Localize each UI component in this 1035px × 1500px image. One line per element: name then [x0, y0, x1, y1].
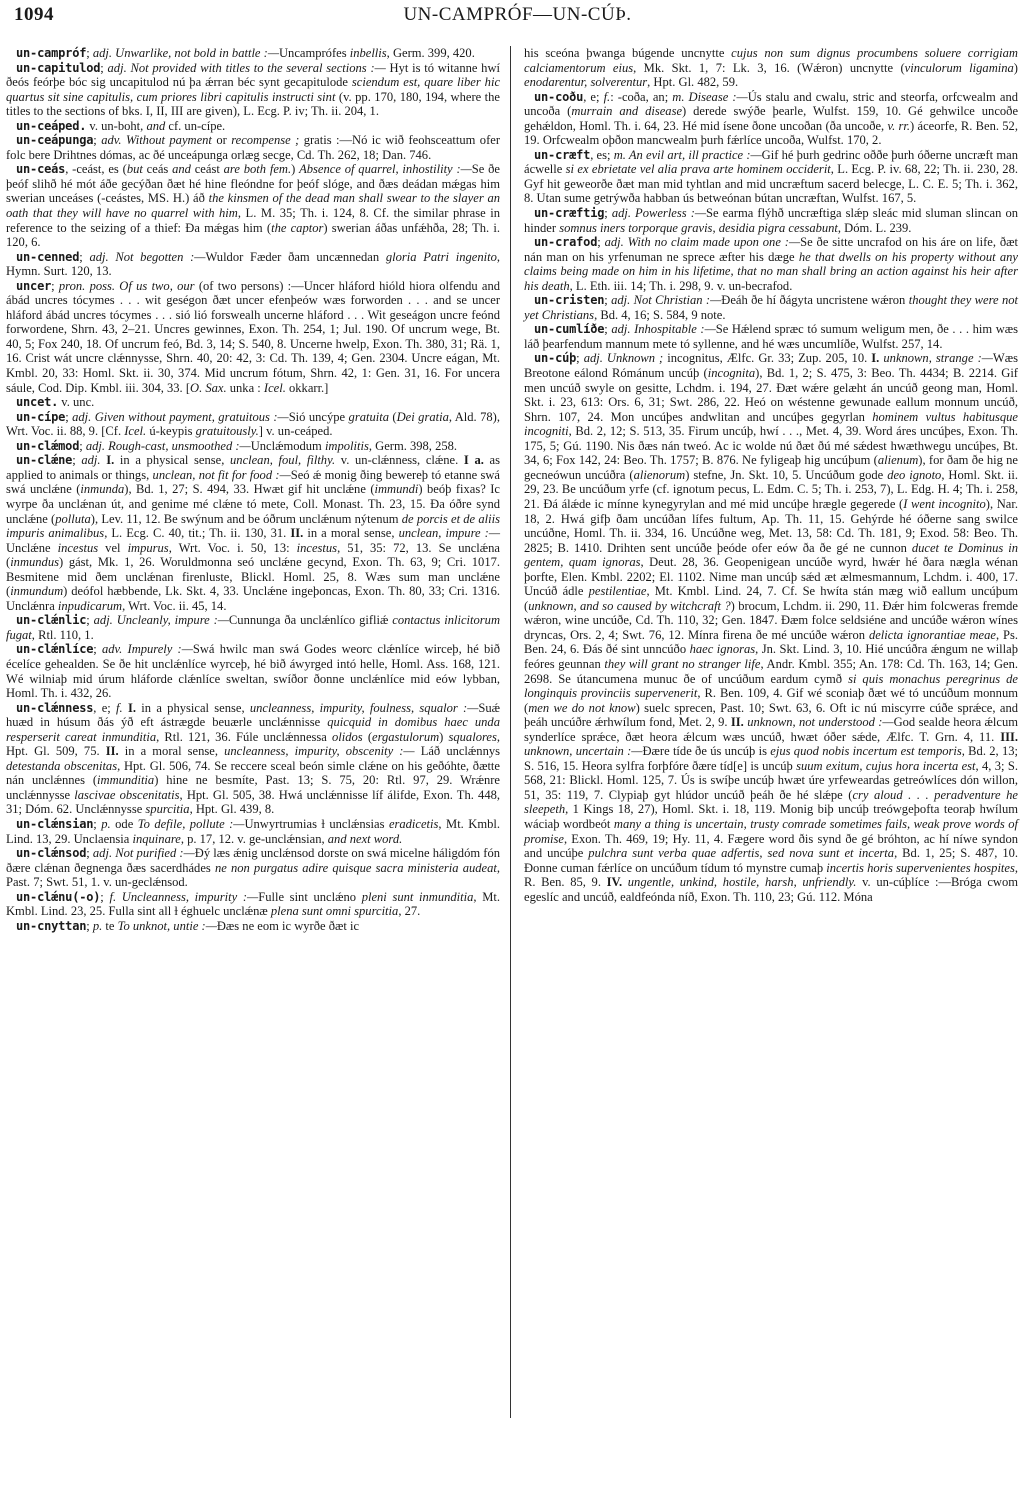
headword: uncet.	[16, 395, 58, 409]
italic-text: unclean, foul, filthy.	[230, 453, 335, 467]
italic-text: f. Uncleanness, impurity :—	[109, 890, 258, 904]
italic-text: incestus	[58, 541, 98, 555]
italic-text: unclean, not fit for food :—	[153, 468, 291, 482]
italic-text: ne non purgatus adire quisque sacra mini…	[215, 861, 497, 875]
dictionary-entry: un-cípe; adj. Given without payment, gra…	[6, 410, 500, 439]
italic-text: To defile, pollute :—	[138, 817, 245, 831]
italic-text: gratuita	[349, 410, 389, 424]
italic-text: gloria Patri ingenito	[386, 250, 497, 264]
entry-text: , L. Eth. iii. 14; Th. i. 298, 9. v. un-…	[570, 279, 793, 293]
entry-text: ;	[79, 439, 86, 453]
italic-text: adv. Impurely :—	[102, 642, 193, 656]
entry-text: )	[439, 730, 448, 744]
headword: un-cúþ	[534, 351, 576, 365]
entry-text: in a physical sense,	[136, 701, 250, 715]
italic-text: immunditia	[97, 773, 154, 787]
entry-text: ;	[93, 642, 102, 656]
italic-text: eradicetis	[389, 817, 438, 831]
entry-text: )	[1014, 61, 1018, 75]
headword: un-cristen	[534, 293, 604, 307]
italic-text: the captor	[271, 221, 323, 235]
italic-text: adj. Given without payment, gratuitous :…	[72, 410, 289, 424]
entry-text: in a moral sense,	[303, 526, 398, 540]
entry-text: , Bd. 4, 16; S. 584, 9 note.	[594, 308, 725, 322]
dictionary-entry: un-capitulod; adj. Not provided with tit…	[6, 61, 500, 119]
entry-text: vel	[98, 541, 127, 555]
headword: un-cumlíðe	[534, 322, 604, 336]
entry-text: ode	[111, 817, 138, 831]
entry-text: ), Lev. 11, 12. Be swýnum and be óðrum u…	[91, 512, 402, 526]
italic-text: and	[172, 162, 191, 176]
entry-text: ;	[86, 846, 93, 860]
entry-text: (of two persons) :—Uncer hláford hióld h…	[6, 279, 500, 395]
italic-text: olidos	[332, 730, 363, 744]
entry-text: Unclǽne	[6, 541, 58, 555]
entry-text: , Dóm. L. 239.	[838, 221, 912, 235]
entry-text: incognitus, Ælfc. Gr. 33; Zup. 205, 10.	[663, 351, 871, 365]
entry-text: Ðeáh ðe hí ðágyta uncristene wǽron	[721, 293, 908, 307]
italic-text: adj. Not purified :—	[93, 846, 195, 860]
dictionary-entry: un-clǽnsian; p. ode To defile, pollute :…	[6, 817, 500, 846]
italic-text: ungentle, unkind, hostile, harsh, unfrie…	[628, 875, 857, 889]
dictionary-entry: un-cræft, es; m. An evil art, ill practi…	[524, 148, 1018, 206]
entry-text: unka :	[227, 381, 264, 395]
entry-text: ] v. un-ceáped.	[259, 424, 333, 438]
italic-text: pron. poss. Of us two, our	[59, 279, 195, 293]
dictionary-entry: un-cumlíðe; adj. Inhospitable :—Se Hǽlen…	[524, 322, 1018, 351]
italic-text: they will grant no stranger life	[604, 657, 760, 671]
entry-text: ;	[86, 46, 93, 60]
italic-text: inmundum	[10, 584, 63, 598]
entry-text: ;	[72, 453, 81, 467]
entry-text: ;	[597, 235, 604, 249]
column-divider	[510, 46, 511, 1418]
dictionary-entry: un-clǽnness, e; f. I. in a physical sens…	[6, 701, 500, 817]
italic-text: v. rr.	[887, 119, 910, 133]
italic-text: Dei gratia	[397, 410, 449, 424]
entry-text: cf. un-cípe.	[165, 119, 225, 133]
entry-text: (	[389, 410, 397, 424]
italic-text: adj. Not begotten :—	[89, 250, 205, 264]
italic-text: and	[146, 119, 165, 133]
italic-text: inbellis	[350, 46, 387, 60]
headword: un-cnyttan	[16, 919, 86, 933]
headword: un-campróf	[16, 46, 86, 60]
italic-text: m. Disease :—	[672, 90, 747, 104]
entry-text: Ðæs ne eom ic wyrðe ðæt ic	[217, 919, 359, 933]
entry-text: , e;	[583, 90, 603, 104]
headword: un-clǽnsian	[16, 817, 93, 831]
sense-number: II.	[106, 744, 119, 758]
italic-text: lascivae obscenitatis	[74, 788, 179, 802]
italic-text: adj. Uncleanly, impure :—	[94, 613, 229, 627]
italic-text: haec ignoras	[690, 642, 756, 656]
italic-text: p.	[93, 919, 102, 933]
italic-text: Icel.	[264, 381, 286, 395]
italic-text: detestanda obscenitas	[6, 759, 117, 773]
italic-text: enodarentur, solverentur	[524, 75, 647, 89]
italic-text: unclean, impure :—	[399, 526, 500, 540]
italic-text: ergastulorum	[372, 730, 439, 744]
entry-text: Sió uncýpe	[289, 410, 349, 424]
italic-text: adj. Rough-cast, unsmoothed :—	[86, 439, 251, 453]
italic-text: adj. Not provided with titles to the sev…	[108, 61, 386, 75]
italic-text: Absence of quarrel, inhostility :—	[299, 162, 472, 176]
italic-text: incertis horis supervenientes hospites	[826, 861, 1015, 875]
italic-text: vinculorum ligamina	[905, 61, 1014, 75]
dictionary-entry: un-cræftig; adj. Powerless :—Se earma fl…	[524, 206, 1018, 235]
entry-text: Unclǽmodum	[251, 439, 325, 453]
headword: un-clǽnlic	[16, 613, 86, 627]
dictionary-entry: un-ceápunga; adv. Without payment or rec…	[6, 133, 500, 162]
sense-number: III.	[1000, 730, 1018, 744]
entry-text: ;	[86, 919, 93, 933]
italic-text: inmunda	[80, 482, 124, 496]
entry-text: , Germ. 398, 258.	[369, 439, 457, 453]
headword: un-cípe	[16, 410, 65, 424]
headword: un-cræft	[534, 148, 590, 162]
italic-text: plena sunt omni spurcitia	[271, 904, 398, 918]
italic-text: adj.	[81, 453, 100, 467]
italic-text: O. Sax.	[190, 381, 227, 395]
dictionary-entry: un-ceáped. v. un-boht, and cf. un-cípe.	[6, 119, 500, 134]
sense-number: I a.	[464, 453, 484, 467]
italic-text: somnus iners torporque gravis, desidia p…	[559, 221, 838, 235]
italic-text: uncleanness, impurity, obscenity :—	[224, 744, 414, 758]
italic-text: incognita	[708, 366, 755, 380]
italic-text: unknown, strange :—	[883, 351, 993, 365]
italic-text: gratuitously.	[196, 424, 259, 438]
entry-text: )	[291, 162, 299, 176]
dictionary-entry: un-crafod; adj. With no claim made upon …	[524, 235, 1018, 293]
entry-text: , p. 17, 12. v. ge-unclǽnsian,	[181, 832, 328, 846]
entry-text: , Hpt. Gl. 482, 59.	[647, 75, 738, 89]
entry-text: ;	[100, 61, 107, 75]
entry-text: ;	[86, 613, 93, 627]
italic-text: adj. Inhospitable :—	[611, 322, 715, 336]
italic-text: ejus quod nobis incertum est temporis	[770, 744, 961, 758]
italic-text: Icel.	[124, 424, 146, 438]
italic-text: I went incognito	[903, 497, 986, 511]
right-column: his sceóna þwanga búgende uncnytte cujus…	[524, 46, 1018, 904]
entry-text: ), Bd. 1, 27; S. 494, 33. Hwæt gif hit u…	[124, 482, 374, 496]
headword: un-cræftig	[534, 206, 604, 220]
dictionary-entry: un-clǽne; adj. I. in a physical sense, u…	[6, 453, 500, 613]
sense-number: IV.	[607, 875, 622, 889]
headword: un-clǽnness	[16, 701, 93, 715]
italic-text: murrain and disease	[571, 104, 682, 118]
entry-text: ;	[576, 351, 584, 365]
entry-text: , L. Ecg. C. 40, tit.; Th. ii. 130, 31.	[104, 526, 290, 540]
headword: un-ceás	[16, 162, 65, 176]
dictionary-entry: un-clǽmod; adj. Rough-cast, unsmoothed :…	[6, 439, 500, 454]
entry-text: okkarr.]	[286, 381, 329, 395]
italic-text: incestus	[297, 541, 337, 555]
italic-text: pestilentiae	[589, 584, 647, 598]
headword: un-ceáped.	[16, 119, 86, 133]
entry-text: ceás	[143, 162, 172, 176]
entry-text: Ðære tíde ðe ús uncúþ is	[642, 744, 770, 758]
entry-text: ;	[51, 279, 59, 293]
sense-number: I.	[128, 701, 136, 715]
italic-text: inpudicarum	[58, 599, 122, 613]
entry-text: , -ceást, es (	[65, 162, 127, 176]
dictionary-columns: un-campróf; adj. Unwarlike, not bold in …	[6, 46, 1028, 1426]
italic-text: delicta ignorantiae meae	[869, 628, 996, 642]
headword: un-coðu	[534, 90, 583, 104]
italic-text: recompense ;	[231, 133, 299, 147]
italic-text: adj. Not Christian :—	[611, 293, 721, 307]
entry-text: , Mk. Skt. 1, 7: Lk. 3, 16. (Wǽron) uncn…	[633, 61, 905, 75]
italic-text: pulchra sunt verba quae adfertis, sed no…	[588, 846, 894, 860]
entry-text: , e;	[93, 701, 116, 715]
dictionary-entry: un-cenned; adj. Not begotten :—Wuldor Fæ…	[6, 250, 500, 279]
entry-text: Cunnunga ða unclǽnlíco gifliǽ	[229, 613, 392, 627]
entry-text: ceást	[191, 162, 224, 176]
entry-text: , Germ. 399, 420.	[387, 46, 475, 60]
dictionary-entry: un-campróf; adj. Unwarlike, not bold in …	[6, 46, 500, 61]
dictionary-entry: un-cnyttan; p. te To unknot, untie :—Ðæs…	[6, 919, 500, 934]
italic-text: To unknot, untie :—	[118, 919, 217, 933]
entry-text: ;	[93, 133, 101, 147]
entry-text: Wuldor Fæder ðam uncænnedan	[205, 250, 385, 264]
italic-text: unknown, not understood :—	[747, 715, 893, 729]
headword: un-crafod	[534, 235, 597, 249]
italic-text: impurus	[128, 541, 169, 555]
left-column: un-campróf; adj. Unwarlike, not bold in …	[6, 46, 500, 933]
entry-text: , Rtl. 110, 1.	[32, 628, 94, 642]
headword: un-clǽnlíce	[16, 642, 93, 656]
italic-text: but	[127, 162, 143, 176]
entry-text: in a moral sense,	[119, 744, 224, 758]
dictionary-entry: un-ceás, -ceást, es (but ceás and ceást …	[6, 162, 500, 249]
headword: uncer	[16, 279, 51, 293]
entry-text: (	[363, 730, 372, 744]
headword: un-clǽmod	[16, 439, 79, 453]
running-head: UN-CAMPRÓF—UN-CÚÞ.	[14, 4, 1021, 26]
entry-text: Uncamprófes	[279, 46, 350, 60]
entry-continuation: his sceóna þwanga búgende uncnytte cujus…	[524, 46, 1018, 90]
italic-text: inquinare	[133, 832, 181, 846]
italic-text: adj. Unwarlike, not bold in battle :—	[93, 46, 279, 60]
dictionary-entry: uncet. v. unc.	[6, 395, 500, 410]
entry-text: Fulle sint unclǽno	[258, 890, 361, 904]
italic-text: adj. With no claim made upon one :—	[605, 235, 801, 249]
entry-text: te	[102, 919, 117, 933]
headword: un-clǽne	[16, 453, 72, 467]
italic-text: suum exitum, cujus hora incerta est	[796, 759, 975, 773]
italic-text: uncleanness, impurity, foulness, squalor…	[250, 701, 479, 715]
italic-text: are both fem.	[224, 162, 291, 176]
entry-text: ú-keypis	[146, 424, 195, 438]
entry-text: in a physical sense,	[114, 453, 230, 467]
italic-text: f.	[116, 701, 123, 715]
dictionary-entry: un-cúþ; adj. Unknown ; incognitus, Ælfc.…	[524, 351, 1018, 904]
italic-text: adj. Unknown ;	[584, 351, 664, 365]
entry-text: v. unc.	[58, 395, 94, 409]
dictionary-entry: un-clǽnlíce; adv. Impurely :—Swá hwilc m…	[6, 642, 500, 700]
entry-text: Láð unclǽnnys	[415, 744, 500, 758]
sense-number: II.	[290, 526, 303, 540]
italic-text: squalores	[449, 730, 497, 744]
entry-text: v. un-boht,	[86, 119, 146, 133]
dictionary-entry: un-clǽnlic; adj. Uncleanly, impure :—Cun…	[6, 613, 500, 642]
italic-text: m. An evil art, ill practice :—	[614, 148, 762, 162]
dictionary-entry: uncer; pron. poss. Of us two, our (of tw…	[6, 279, 500, 395]
entry-text: : -coða, an;	[610, 90, 672, 104]
entry-text: , Wrt. Voc. ii. 45, 14.	[122, 599, 226, 613]
italic-text: impolitis	[325, 439, 369, 453]
dictionary-entry: un-clǽnu(-o); f. Uncleanness, impurity :…	[6, 890, 500, 919]
entry-text: , Hpt. Gl. 439, 8.	[190, 802, 275, 816]
dictionary-entry: un-cristen; adj. Not Christian :—Ðeáh ðe…	[524, 293, 1018, 322]
entry-text: ) stefne, Jn. Skt. 10, 5. Uncúðum gode	[685, 468, 887, 482]
entry-text: ;	[604, 206, 612, 220]
sense-number: II.	[731, 715, 744, 729]
italic-text: adj. Powerless :—	[612, 206, 706, 220]
entry-text: , Rtl. 121, 36. Fúle unclǽnnessa	[156, 730, 332, 744]
entry-text: or	[212, 133, 231, 147]
headword: un-clǽnu(-o)	[16, 890, 100, 904]
entry-text: Unwyrtrumias ɫ unclǽnsias	[244, 817, 388, 831]
headword: un-cenned	[16, 250, 79, 264]
dictionary-entry: un-coðu, e; f.: -coða, an; m. Disease :—…	[524, 90, 1018, 148]
italic-text: pleni sunt inmunditia	[362, 890, 474, 904]
italic-text: spurcitia	[145, 802, 189, 816]
entry-text: his sceóna þwanga búgende uncnytte	[524, 46, 731, 60]
entry-text: , Wrt. Voc. i. 50, 13:	[169, 541, 297, 555]
italic-text: unknown, and so caused by witchcraft ?	[528, 599, 730, 613]
italic-text: si ex ebrietate vel alia prava arte homi…	[566, 162, 831, 176]
italic-text: adv. Without payment	[101, 133, 212, 147]
italic-text: deo ignoto	[887, 468, 941, 482]
italic-text: polluta	[55, 512, 91, 526]
italic-text: and next word.	[328, 832, 402, 846]
italic-text: alienum	[878, 453, 918, 467]
italic-text: unknown, uncertain :—	[524, 744, 642, 758]
headword: un-capitulod	[16, 61, 100, 75]
italic-text: alienorum	[634, 468, 686, 482]
italic-text: men we do not know	[528, 701, 635, 715]
dictionary-entry: un-clǽnsod; adj. Not purified :—Ðý læs ǽ…	[6, 846, 500, 890]
italic-text: inmundus	[10, 555, 59, 569]
entry-text: v. un-clǽnness, clǽne.	[335, 453, 464, 467]
entry-text: ;	[79, 250, 89, 264]
italic-text: p.	[101, 817, 110, 831]
headword: un-ceápunga	[16, 133, 93, 147]
italic-text: immundi	[375, 482, 419, 496]
entry-text: , es;	[590, 148, 614, 162]
page-header: 1094 UN-CAMPRÓF—UN-CÚÞ.	[14, 4, 1021, 30]
headword: un-clǽnsod	[16, 846, 86, 860]
entry-text: , 27.	[398, 904, 420, 918]
